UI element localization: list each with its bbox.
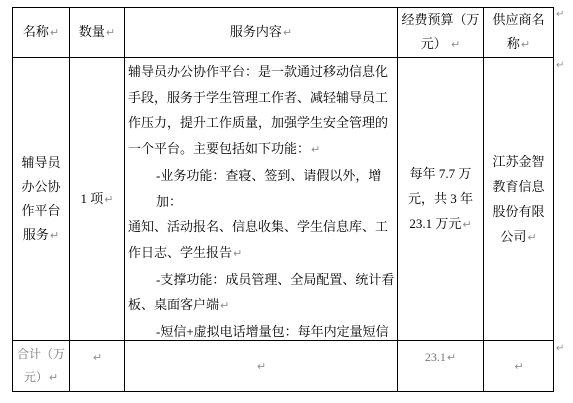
header-budget: 经费预算（万 元） ↵ xyxy=(398,8,484,58)
paragraph-mark-icon: ↵ xyxy=(521,38,530,51)
service-text: 作日志、学生报告 xyxy=(128,245,232,260)
procurement-table: 名称↵ 数量↵ 服务内容↵ 经费预算（万 元） ↵ 供应商名 称↵ 辅导员 办公… xyxy=(12,7,554,392)
paragraph-mark-icon: ↵ xyxy=(93,351,102,364)
paragraph-mark-icon: ↵ xyxy=(50,26,59,39)
cell-supplier: 江苏金智 教育信息 股份有限 公司↵ xyxy=(484,58,554,341)
header-name: 名称↵ xyxy=(13,8,70,58)
cell-service-content: 辅导员办公协作平台：是一款通过移动信息化 手段，服务于学生管理工作者、减轻辅导员… xyxy=(125,58,398,341)
paragraph-mark-icon: ↵ xyxy=(311,143,320,156)
paragraph-mark-icon: ↵ xyxy=(106,26,115,39)
service-text-line: -业务功能：查寝、签到、请假以外，增加： xyxy=(128,163,395,214)
header-budget-label: 经费预算（万 元） xyxy=(401,12,479,51)
cell-total-quantity: ↵ xyxy=(70,341,125,392)
service-text-line: 一个平台。主要包括如下功能：↵ xyxy=(128,136,395,163)
header-quantity: 数量↵ xyxy=(70,8,125,58)
header-supplier-label: 供应商名 称 xyxy=(492,12,544,51)
cell-budget: 每年 7.7 万 元，共 3 年 23.1 万元↵ xyxy=(398,58,484,341)
service-text: 手段，服务于学生管理工作者、减轻辅导员工 xyxy=(128,90,388,105)
cell-total-label: 合计（万 元）↵ xyxy=(13,341,70,392)
header-service-label: 服务内容 xyxy=(230,24,282,39)
cell-total-budget: 23.1↵ xyxy=(398,341,484,392)
row-end-mark: ↵ xyxy=(556,343,564,354)
service-text-line: 手段，服务于学生管理工作者、减轻辅导员工 xyxy=(128,85,395,111)
service-text-line: 作日志、学生报告↵ xyxy=(128,240,395,267)
cell-total-service: ↵ xyxy=(125,341,398,392)
paragraph-mark-icon: ↵ xyxy=(104,193,113,206)
supplier-text: 江苏金智 教育信息 股份有限 公司 xyxy=(492,154,544,244)
paragraph-mark-icon: ↵ xyxy=(462,218,471,231)
row-end-mark: ↵ xyxy=(556,60,564,71)
service-text: 一个平台。主要包括如下功能： xyxy=(128,141,310,156)
paragraph-mark-icon: ↵ xyxy=(50,229,59,242)
header-supplier: 供应商名 称↵ xyxy=(484,8,554,58)
paragraph-mark-icon: ↵ xyxy=(527,231,536,244)
service-text: 板、桌面客户端 xyxy=(128,297,219,312)
cell-service-name: 辅导员 办公协 作平台 服务↵ xyxy=(13,58,70,341)
header-service-content: 服务内容↵ xyxy=(125,8,398,58)
total-budget-value: 23.1 xyxy=(425,350,446,364)
service-text: 通知、活动报名、信息收集、学生信息库、工 xyxy=(128,219,388,234)
paragraph-mark-icon: ↵ xyxy=(514,360,523,373)
service-text-line: 通知、活动报名、信息收集、学生信息库、工 xyxy=(128,214,395,240)
header-name-label: 名称 xyxy=(23,24,49,39)
paragraph-mark-icon: ↵ xyxy=(233,247,242,260)
service-text: -支撑功能：成员管理、全局配置、统计看 xyxy=(156,272,394,287)
service-text-line: 辅导员办公协作平台：是一款通过移动信息化 xyxy=(128,59,395,85)
header-quantity-label: 数量 xyxy=(79,24,105,39)
service-text-line: -短信+虚拟电话增量包：每年内定量短信+ xyxy=(128,319,395,341)
document-page: 名称↵ 数量↵ 服务内容↵ 经费预算（万 元） ↵ 供应商名 称↵ 辅导员 办公… xyxy=(0,0,573,403)
service-text-line: -支撑功能：成员管理、全局配置、统计看 xyxy=(128,267,395,293)
paragraph-mark-icon: ↵ xyxy=(220,299,229,312)
service-text: -短信+虚拟电话增量包：每年内定量短信+ xyxy=(156,324,389,341)
paragraph-mark-icon: ↵ xyxy=(283,26,292,39)
service-text: 辅导员办公协作平台：是一款通过移动信息化 xyxy=(128,64,388,79)
paragraph-mark-icon: ↵ xyxy=(451,38,460,51)
paragraph-mark-icon: ↵ xyxy=(257,360,266,373)
service-text-line: 板、桌面客户端↵ xyxy=(128,292,395,319)
paragraph-mark-icon: ↵ xyxy=(447,351,456,364)
service-text: 作压力，提升工作质量，加强学生安全管理的 xyxy=(128,115,388,130)
paragraph-mark-icon: ↵ xyxy=(49,371,58,384)
cell-total-supplier: ↵ xyxy=(484,341,554,392)
service-text: -业务功能：查寝、签到、请假以外，增加： xyxy=(156,168,381,209)
row-end-mark: ↵ xyxy=(556,9,564,20)
quantity-text: 1 项 xyxy=(81,191,104,206)
cell-quantity: 1 项↵ xyxy=(70,58,125,341)
service-text-line: 作压力，提升工作质量，加强学生安全管理的 xyxy=(128,110,395,136)
